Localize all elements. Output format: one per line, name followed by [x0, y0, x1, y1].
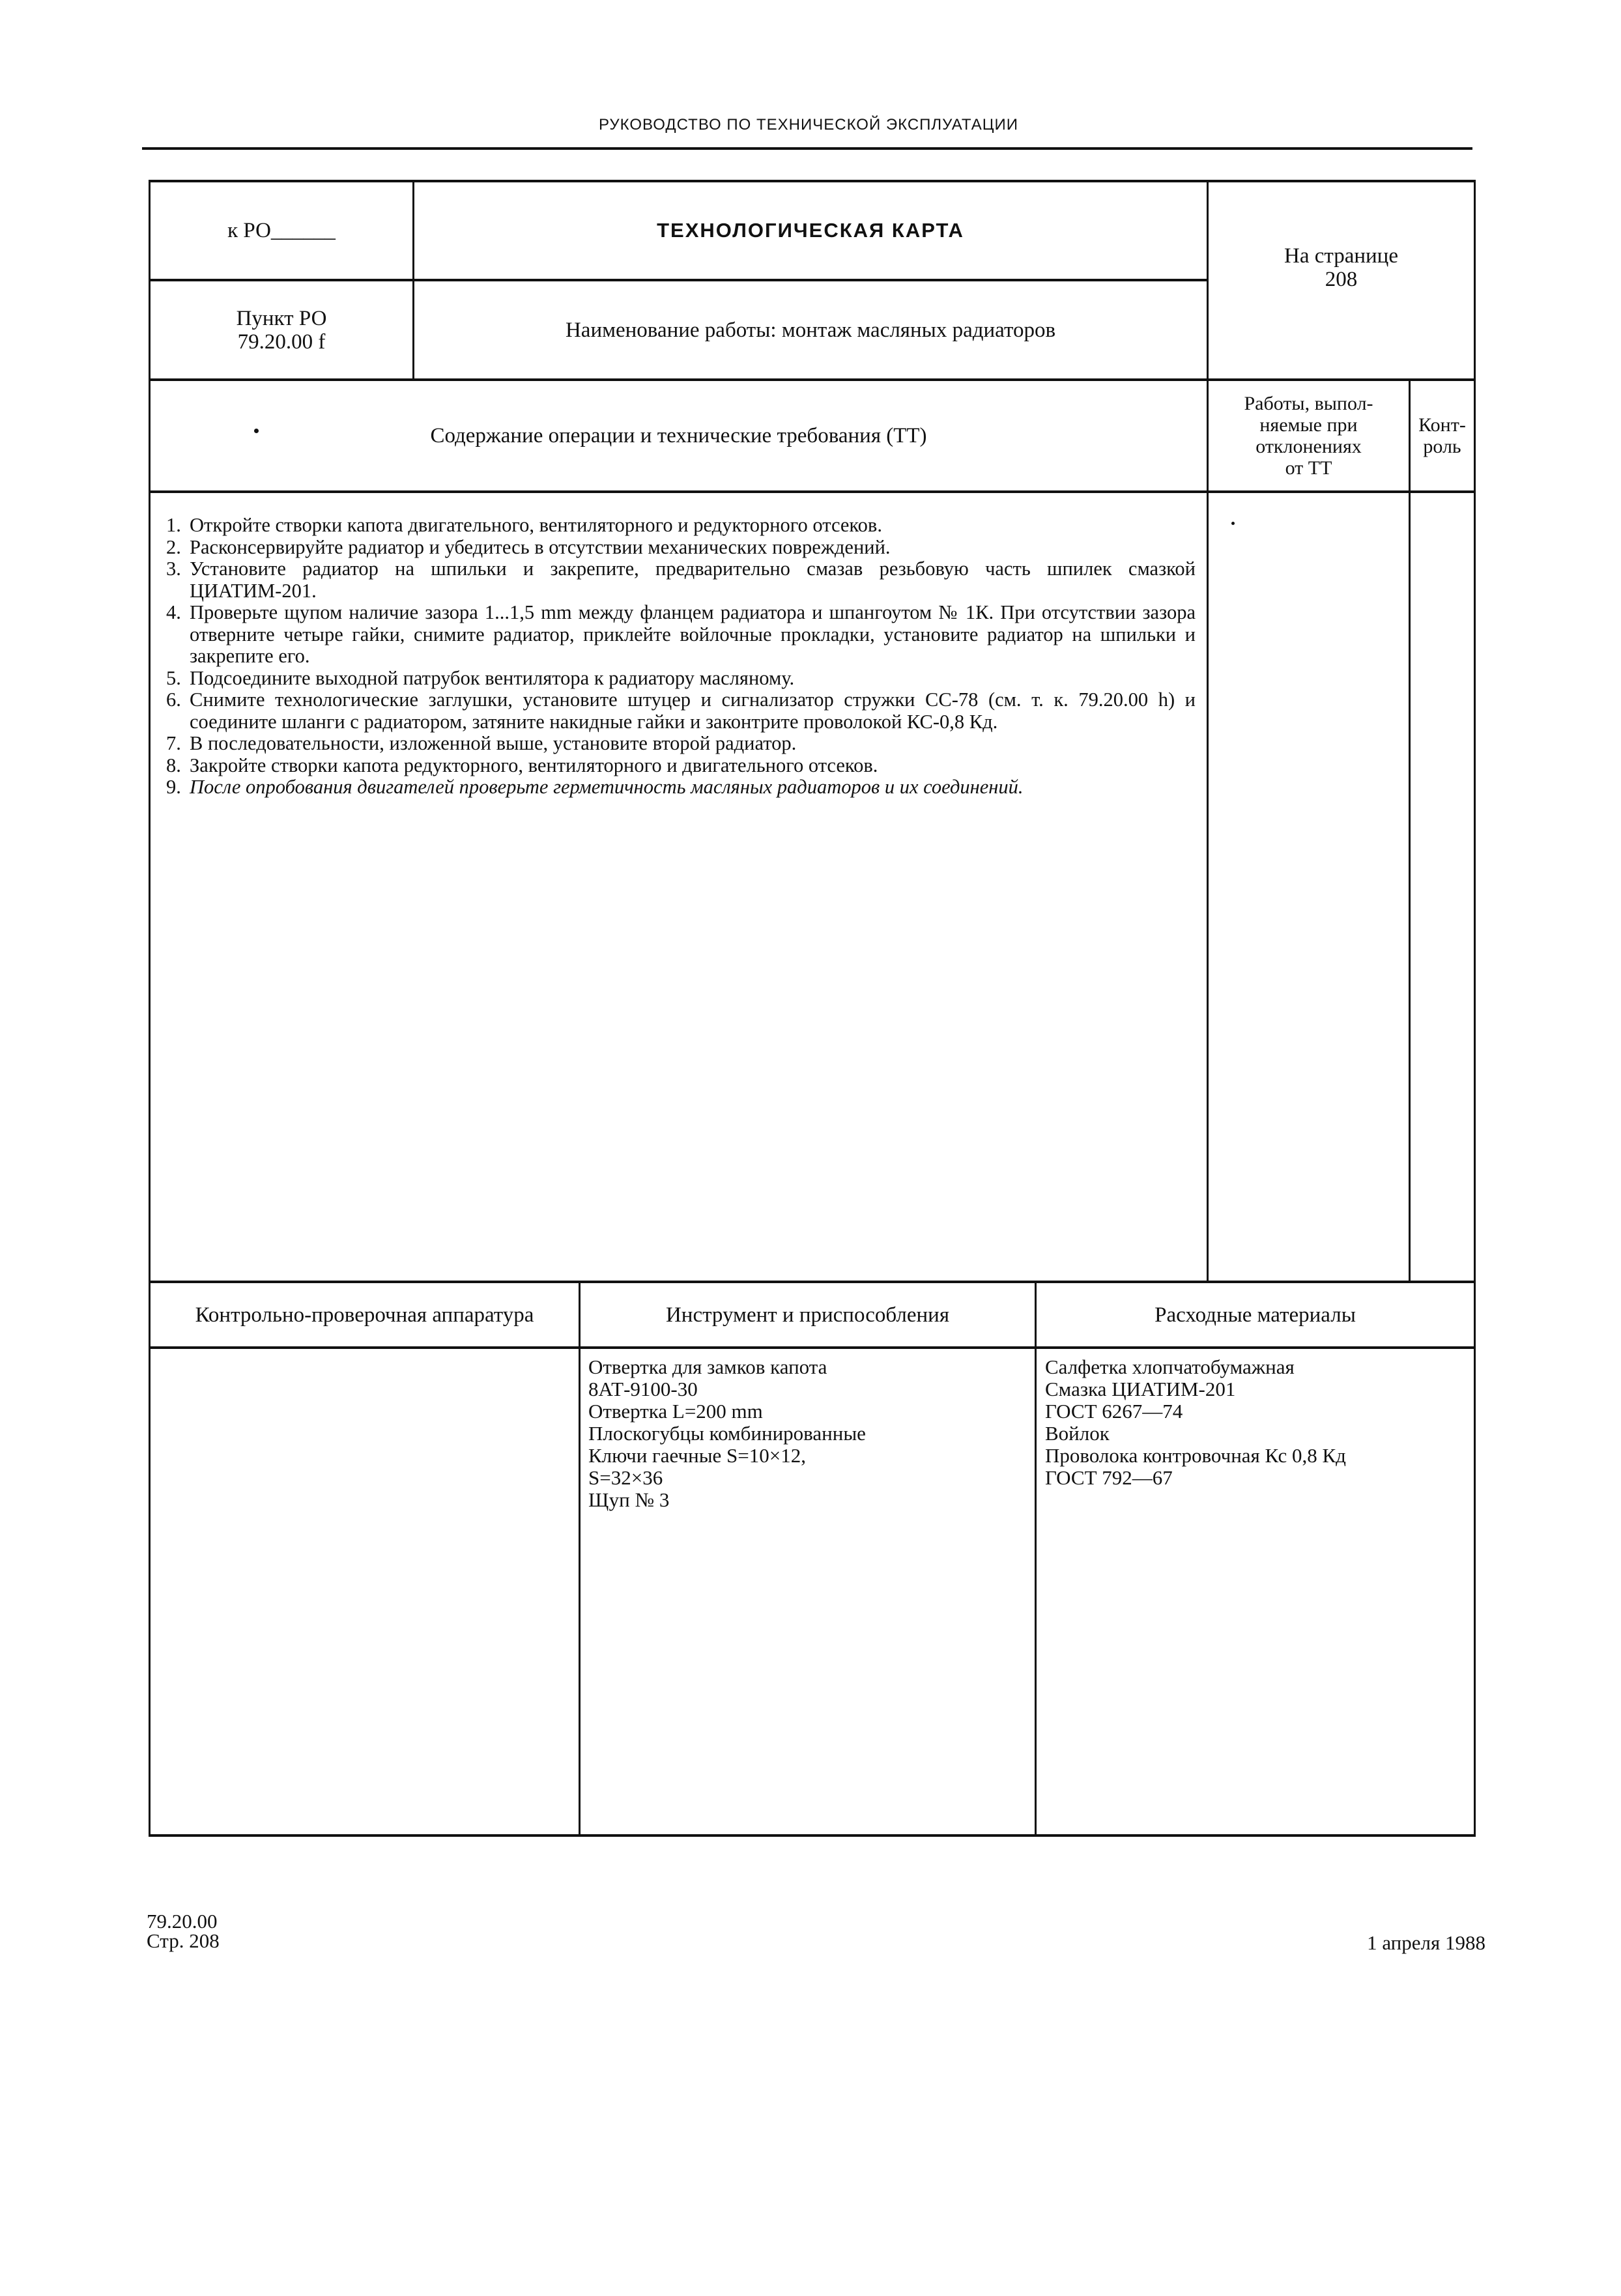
tool-item: Отвертка L=200 mm — [588, 1400, 1025, 1423]
tool-item: Отвертка для замков капота — [588, 1356, 1025, 1378]
col-header-control: Конт- роль — [1411, 381, 1474, 490]
operation-item: 4.Проверьте щупом наличие зазора 1...1,5… — [166, 602, 1196, 668]
table-border-right — [1474, 180, 1476, 1837]
operation-item: 8.Закройте створки капота редукторного, … — [166, 755, 1196, 777]
row-divider — [149, 490, 1476, 493]
work-name-text: Наименование работы: монтаж масляных рад… — [566, 319, 1055, 342]
material-item: Войлок — [1045, 1423, 1469, 1445]
running-header: РУКОВОДСТВО ПО ТЕХНИЧЕСКОЙ ЭКСПЛУАТАЦИИ — [142, 116, 1475, 134]
deviations-line: няемые при — [1259, 414, 1357, 436]
card-title-text: ТЕХНОЛОГИЧЕСКАЯ КАРТА — [657, 219, 964, 242]
operation-number: 9. — [166, 776, 190, 799]
operation-number: 8. — [166, 755, 190, 777]
tool-item: S=32×36 — [588, 1467, 1025, 1489]
header-equipment-text: Контрольно-проверочная аппаратура — [195, 1303, 534, 1327]
header-materials: Расходные материалы — [1037, 1283, 1474, 1346]
operation-item: 5.Подсоедините выходной патрубок вентиля… — [166, 668, 1196, 690]
card-title: ТЕХНОЛОГИЧЕСКАЯ КАРТА — [414, 182, 1207, 279]
footer-code: 79.20.00 — [147, 1912, 220, 1931]
operation-item: 9.После опробования двигателей проверьте… — [166, 776, 1196, 799]
material-item: Салфетка хлопчатобумажная — [1045, 1356, 1469, 1378]
header-rule — [142, 147, 1472, 150]
operation-item: 2.Расконсервируйте радиатор и убедитесь … — [166, 537, 1196, 559]
col-divider — [579, 1281, 581, 1835]
operation-text: Откройте створки капота двигательного, в… — [190, 515, 1196, 537]
operation-text: Закройте створки капота редукторного, ве… — [190, 755, 1196, 777]
punkt-ro: Пункт РО 79.20.00 f — [151, 281, 412, 378]
page-ref: На странице 208 — [1209, 182, 1474, 378]
col-header-content-text: Содержание операции и технические требов… — [430, 424, 926, 447]
operation-text: Проверьте щупом наличие зазора 1...1,5 m… — [190, 602, 1196, 668]
operation-text: Расконсервируйте радиатор и убедитесь в … — [190, 537, 1196, 559]
operation-text: Подсоедините выходной патрубок вентилято… — [190, 668, 1196, 690]
operation-number: 1. — [166, 515, 190, 537]
deviations-line: от ТТ — [1285, 457, 1332, 479]
operations-list: 1.Откройте створки капота двигательного,… — [166, 515, 1196, 799]
punkt-number: 79.20.00 f — [238, 330, 326, 354]
bullet-mark — [254, 429, 259, 433]
punkt-label: Пункт РО — [237, 307, 327, 330]
header-tools: Инструмент и приспособления — [581, 1283, 1035, 1346]
header-tools-text: Инструмент и приспособления — [666, 1303, 949, 1327]
operation-text: Снимите технологические заглушки, устано… — [190, 689, 1196, 733]
col-header-deviations: Работы, выпол- няемые при отклонениях от… — [1209, 381, 1409, 490]
operation-item: 3.Установите радиатор на шпильки и закре… — [166, 558, 1196, 602]
header-equipment: Контрольно-проверочная аппаратура — [151, 1283, 579, 1346]
row-divider — [149, 1346, 1476, 1349]
operation-number: 2. — [166, 537, 190, 559]
operation-number: 3. — [166, 558, 190, 602]
header-materials-text: Расходные материалы — [1155, 1303, 1356, 1327]
footer-page: Стр. 208 — [147, 1931, 220, 1951]
control-line: Конт- — [1418, 414, 1466, 436]
col-divider — [1409, 378, 1411, 1282]
k-ro-label: к РО______ — [227, 219, 336, 242]
table-border-bottom — [149, 1834, 1476, 1837]
material-item: ГОСТ 792—67 — [1045, 1467, 1469, 1489]
operation-item: 6.Снимите технологические заглушки, уста… — [166, 689, 1196, 733]
operation-text: Установите радиатор на шпильки и закрепи… — [190, 558, 1196, 602]
material-item: Проволока контровочная Кс 0,8 Кд — [1045, 1445, 1469, 1467]
operation-item: 7.В последовательности, изложенной выше,… — [166, 733, 1196, 755]
col-header-content: Содержание операции и технические требов… — [151, 381, 1207, 490]
operation-number: 4. — [166, 602, 190, 668]
k-ro-field: к РО______ — [151, 182, 412, 279]
material-item: ГОСТ 6267—74 — [1045, 1400, 1469, 1423]
tool-item: Плоскогубцы комбинированные — [588, 1423, 1025, 1445]
tools-list: Отвертка для замков капота8АТ-9100-30Отв… — [588, 1356, 1025, 1511]
page-number: 208 — [1325, 268, 1358, 291]
work-name: Наименование работы: монтаж масляных рад… — [414, 281, 1207, 378]
deviations-line: отклонениях — [1255, 436, 1362, 457]
tool-item: 8АТ-9100-30 — [588, 1378, 1025, 1400]
control-line: роль — [1423, 436, 1461, 457]
operation-number: 7. — [166, 733, 190, 755]
tool-item: Щуп № 3 — [588, 1489, 1025, 1511]
footer-date: 1 апреля 1988 — [1355, 1931, 1485, 1955]
operation-number: 6. — [166, 689, 190, 733]
operation-item: 1.Откройте створки капота двигательного,… — [166, 515, 1196, 537]
footer-left: 79.20.00 Стр. 208 — [147, 1912, 220, 1951]
operation-text: После опробования двигателей проверьте г… — [190, 776, 1196, 799]
material-item: Смазка ЦИАТИМ-201 — [1045, 1378, 1469, 1400]
operation-text: В последовательности, изложенной выше, у… — [190, 733, 1196, 755]
operation-number: 5. — [166, 668, 190, 690]
deviations-line: Работы, выпол- — [1244, 393, 1373, 414]
materials-list: Салфетка хлопчатобумажнаяСмазка ЦИАТИМ-2… — [1045, 1356, 1469, 1489]
page-label: На странице — [1284, 244, 1398, 268]
tool-item: Ключи гаечные S=10×12, — [588, 1445, 1025, 1467]
mark — [1231, 522, 1235, 525]
col-divider — [1035, 1281, 1037, 1835]
